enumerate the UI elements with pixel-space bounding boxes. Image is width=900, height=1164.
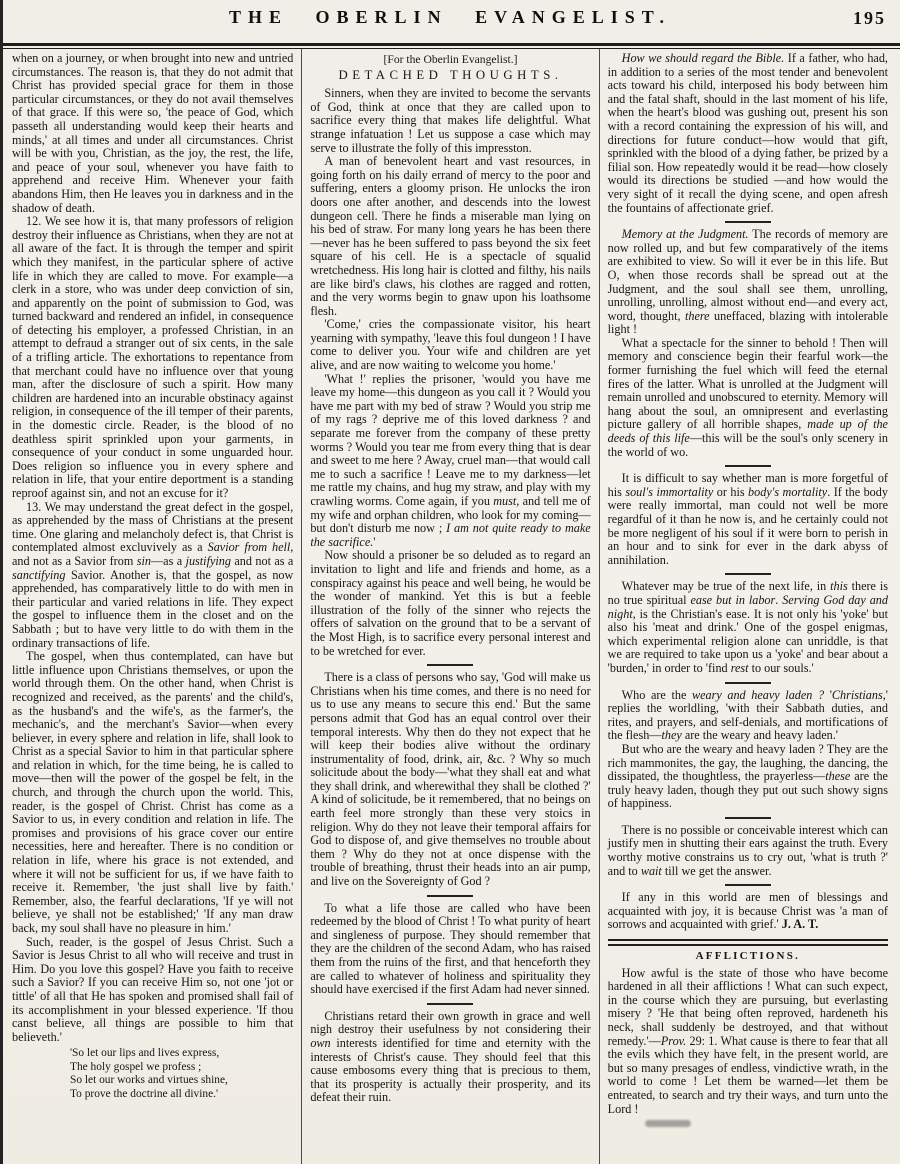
column-3: How we should regard the Bible. If a fat… [599, 49, 896, 1164]
article-divider-rule [608, 939, 888, 946]
paragraph: 'Come,' cries the compassionate visitor,… [310, 318, 590, 372]
column-2: [For the Oberlin Evangelist.]DETACHED TH… [301, 49, 598, 1164]
section-divider-rule [427, 664, 473, 666]
hymn-line: So let our works and virtues shine, [70, 1074, 293, 1087]
hymn-line: 'So let our lips and lives express, [70, 1047, 293, 1060]
masthead-title: THE OBERLIN EVANGELIST. [229, 7, 671, 28]
section-divider-rule [725, 884, 771, 886]
section-divider-rule [725, 817, 771, 819]
paragraph: Memory at the Judgment. The records of m… [608, 228, 888, 337]
newspaper-page: THE OBERLIN EVANGELIST. 195 when on a jo… [0, 0, 900, 1164]
page-number: 195 [853, 8, 886, 29]
article-title: DETACHED THOUGHTS. [310, 69, 590, 83]
paragraph: How we should regard the Bible. If a fat… [608, 52, 888, 215]
paragraph: The gospel, when thus contemplated, can … [12, 650, 293, 935]
section-divider-rule [725, 682, 771, 684]
paragraph: How awful is the state of those who have… [608, 967, 888, 1117]
scan-edge-artifact [0, 0, 3, 1164]
paragraph: 12. We see how it is, that many professo… [12, 215, 293, 500]
paragraph: It is difficult to say whether man is mo… [608, 472, 888, 567]
paragraph: Sinners, when they are invited to become… [310, 87, 590, 155]
section-divider-rule [725, 221, 771, 223]
hymn-line: The holy gospel we profess ; [70, 1061, 293, 1074]
masthead: THE OBERLIN EVANGELIST. 195 [0, 0, 900, 43]
section-divider-rule [427, 1003, 473, 1005]
section-divider-rule [725, 573, 771, 575]
paragraph: 'What !' replies the prisoner, 'would yo… [310, 373, 590, 550]
paragraph: There is a class of persons who say, 'Go… [310, 671, 590, 889]
column-1: when on a journey, or when brought into … [4, 49, 301, 1164]
ink-smudge [645, 1120, 691, 1127]
paragraph: What a spectacle for the sinner to behol… [608, 337, 888, 459]
hymn-quote: 'So let our lips and lives express,The h… [70, 1047, 293, 1101]
article-title: AFFLICTIONS. [608, 950, 888, 964]
paragraph: 13. We may understand the great defect i… [12, 501, 293, 651]
paragraph: Christians retard their own growth in gr… [310, 1010, 590, 1105]
section-divider-rule [725, 465, 771, 467]
paragraph: Such, reader, is the gospel of Jesus Chr… [12, 936, 293, 1045]
paragraph: when on a journey, or when brought into … [12, 52, 293, 215]
attribution-line: [For the Oberlin Evangelist.] [310, 53, 590, 67]
paragraph: Who are the weary and heavy laden ? 'Chr… [608, 689, 888, 743]
paragraph: Now should a prisoner be so deluded as t… [310, 549, 590, 658]
paragraph: There is no possible or conceivable inte… [608, 824, 888, 878]
paragraph: A man of benevolent heart and vast resou… [310, 155, 590, 318]
paragraph: To what a life those are called who have… [310, 902, 590, 997]
paragraph: But who are the weary and heavy laden ? … [608, 743, 888, 811]
hymn-line: To prove the doctrine all divine.' [70, 1088, 293, 1101]
paragraph: If any in this world are men of blessing… [608, 891, 888, 932]
paragraph: Whatever may be true of the next life, i… [608, 580, 888, 675]
section-divider-rule [427, 895, 473, 897]
columns-container: when on a journey, or when brought into … [0, 49, 900, 1164]
